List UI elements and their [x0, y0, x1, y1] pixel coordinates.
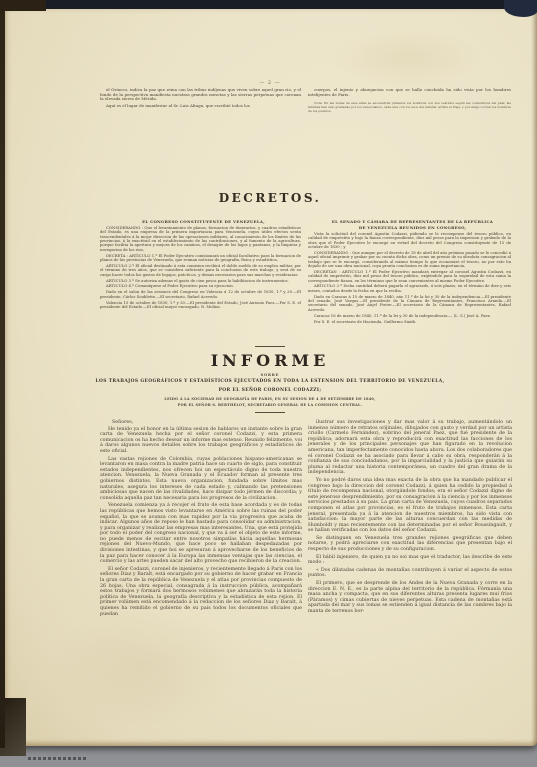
paragraph: ilustrar sus investigaciones y dar mas v… — [308, 420, 512, 476]
decree-left-paragraphs: CONSIDERANDO : Que el levantamiento de p… — [100, 226, 301, 309]
decree-right-paragraphs: Vista la solicitud del coronel Agustin C… — [308, 232, 511, 324]
nota-text: Nota. En las vistas de este atlas se enc… — [308, 102, 511, 113]
paragraph: Valencia 15 de octubre de 1830, 1.º y 20… — [100, 301, 301, 310]
informe-subtitle-1: LOS TRABAJOS GEOGRÁFICOS Y ESTADÍSTICOS … — [3, 379, 537, 384]
paragraph: Se distinguen en Venezuela tres grandes … — [308, 536, 512, 553]
paragraph: CONSIDERANDO : Que aunque por el decreto… — [308, 251, 511, 268]
paper-stain — [333, 28, 483, 88]
top-right-column: cuerpos, el injenio y abnegacion con que… — [308, 88, 511, 115]
page-number: — 2 — — [3, 80, 537, 86]
decree-right-heading-line2: DE VENEZUELA REUNIDOS EN CONGRESO, — [308, 226, 511, 230]
subtitle-divider-rule — [255, 412, 285, 413]
paragraph: Dado en Caracas á 15 de marzo de 1840, a… — [308, 295, 511, 312]
decree-left-heading: EL CONGRESO CONSTITUYENTE DE VENEZUELA, — [100, 220, 301, 224]
informe-subtitle-3: LEIDO Á LA SOCIEDAD DE GEOGRAFÍA DE PARI… — [3, 397, 537, 401]
informe-right-column: ilustrar sus investigaciones y dar mas v… — [308, 420, 512, 617]
scan-footer-caption — [28, 757, 86, 760]
paragraph: El hábil injeniero, de quien ya no soi m… — [308, 555, 512, 566]
paragraph: Por S. E. el secretario de Hacienda, Gui… — [308, 320, 511, 324]
paper-stain — [43, 608, 243, 728]
paragraph: Caracas 16 de marzo de 1840, 11.º de la … — [308, 314, 511, 318]
nota-block: Nota. En las vistas de este atlas se enc… — [308, 102, 511, 113]
informe-title: INFORME — [3, 351, 537, 370]
paragraph: CONSIDERANDO : Que el levantamiento de p… — [100, 226, 301, 252]
paragraph: ARTICULO 3.º Se autoriza ademas el gasto… — [100, 279, 301, 283]
paragraph: DECRETA : ARTICULO 1.º El Poder Ejecutiv… — [100, 254, 301, 263]
paragraph: Las vastas rejiones de Colombia, cuyas p… — [100, 457, 302, 502]
book-cover-top-corner — [0, 0, 46, 11]
salutation: Señores, — [100, 420, 302, 426]
book-spine-edge — [0, 8, 5, 748]
decree-right-column: EL SENADO Y CÁMARA DE REPRESENTANTES DE … — [308, 220, 511, 326]
paragraph: DECRETAN : ARTICULO 1.º El Poder Ejecuti… — [308, 270, 511, 283]
paragraph: Venezuela comienza ya á recojer el fruto… — [100, 503, 302, 565]
section-divider-rule — [255, 346, 285, 347]
decree-left-column: EL CONGRESO CONSTITUYENTE DE VENEZUELA, … — [100, 220, 301, 311]
top-left-column: el Orinoco, indica la paz que reina con … — [100, 88, 301, 110]
book-cover-top-edge — [0, 0, 537, 9]
decree-right-heading-line1: EL SENADO Y CÁMARA DE REPRESENTANTES DE … — [308, 220, 511, 224]
informe-subtitle-4: POR EL SEÑOR S. BERTHELOT, SECRETARIO GE… — [3, 403, 537, 407]
informe-sobre: SOBRE — [3, 373, 537, 377]
scanned-book-photo: — 2 — el Orinoco, indica la paz que rein… — [0, 0, 537, 767]
paragraph: ARTICULO 4.º Comuníquese al Poder Ejecut… — [100, 284, 301, 288]
paragraph: El señor Codazzi, coronel de injenieros,… — [100, 567, 302, 617]
paragraph: He tenido ya el honor en la última sesio… — [100, 427, 302, 455]
paragraph: ARTICULO 2.º El oficial destinado á esta… — [100, 264, 301, 277]
paragraph: Dado en el salon de las sesiones del Con… — [100, 290, 301, 299]
decretos-heading: DECRETOS. — [3, 191, 537, 205]
paragraph: « Dos dilatadas cadenas de montañas cont… — [308, 568, 512, 579]
paragraph: El primero, que se desprende de los Ande… — [308, 581, 512, 615]
paragraph: ARTICULO 2.º Dicha cantidad deberá pagar… — [308, 284, 511, 293]
informe-subtitle-2: POR EL SEÑOR CORONEL CODAZZI; — [3, 388, 537, 393]
informe-left-paragraphs: He tenido ya el honor en la última sesio… — [100, 427, 302, 618]
paragraph: Vista la solicitud del coronel Agustin C… — [308, 232, 511, 249]
paragraph: el Orinoco, indica la paz que reina con … — [100, 88, 301, 102]
paragraph: cuerpos, el injenio y abnegacion con que… — [308, 88, 511, 97]
informe-left-column: Señores, He tenido ya el honor en la últ… — [100, 420, 302, 619]
paragraph: Yo no podré daros una idea mas exacta de… — [308, 478, 512, 534]
scan-page: — 2 — el Orinoco, indica la paz que rein… — [3, 8, 537, 746]
top-right-paragraphs: cuerpos, el injenio y abnegacion con que… — [308, 88, 511, 97]
paragraph: Aquí es el lugar de manifestar al Sr. Lu… — [100, 104, 301, 109]
